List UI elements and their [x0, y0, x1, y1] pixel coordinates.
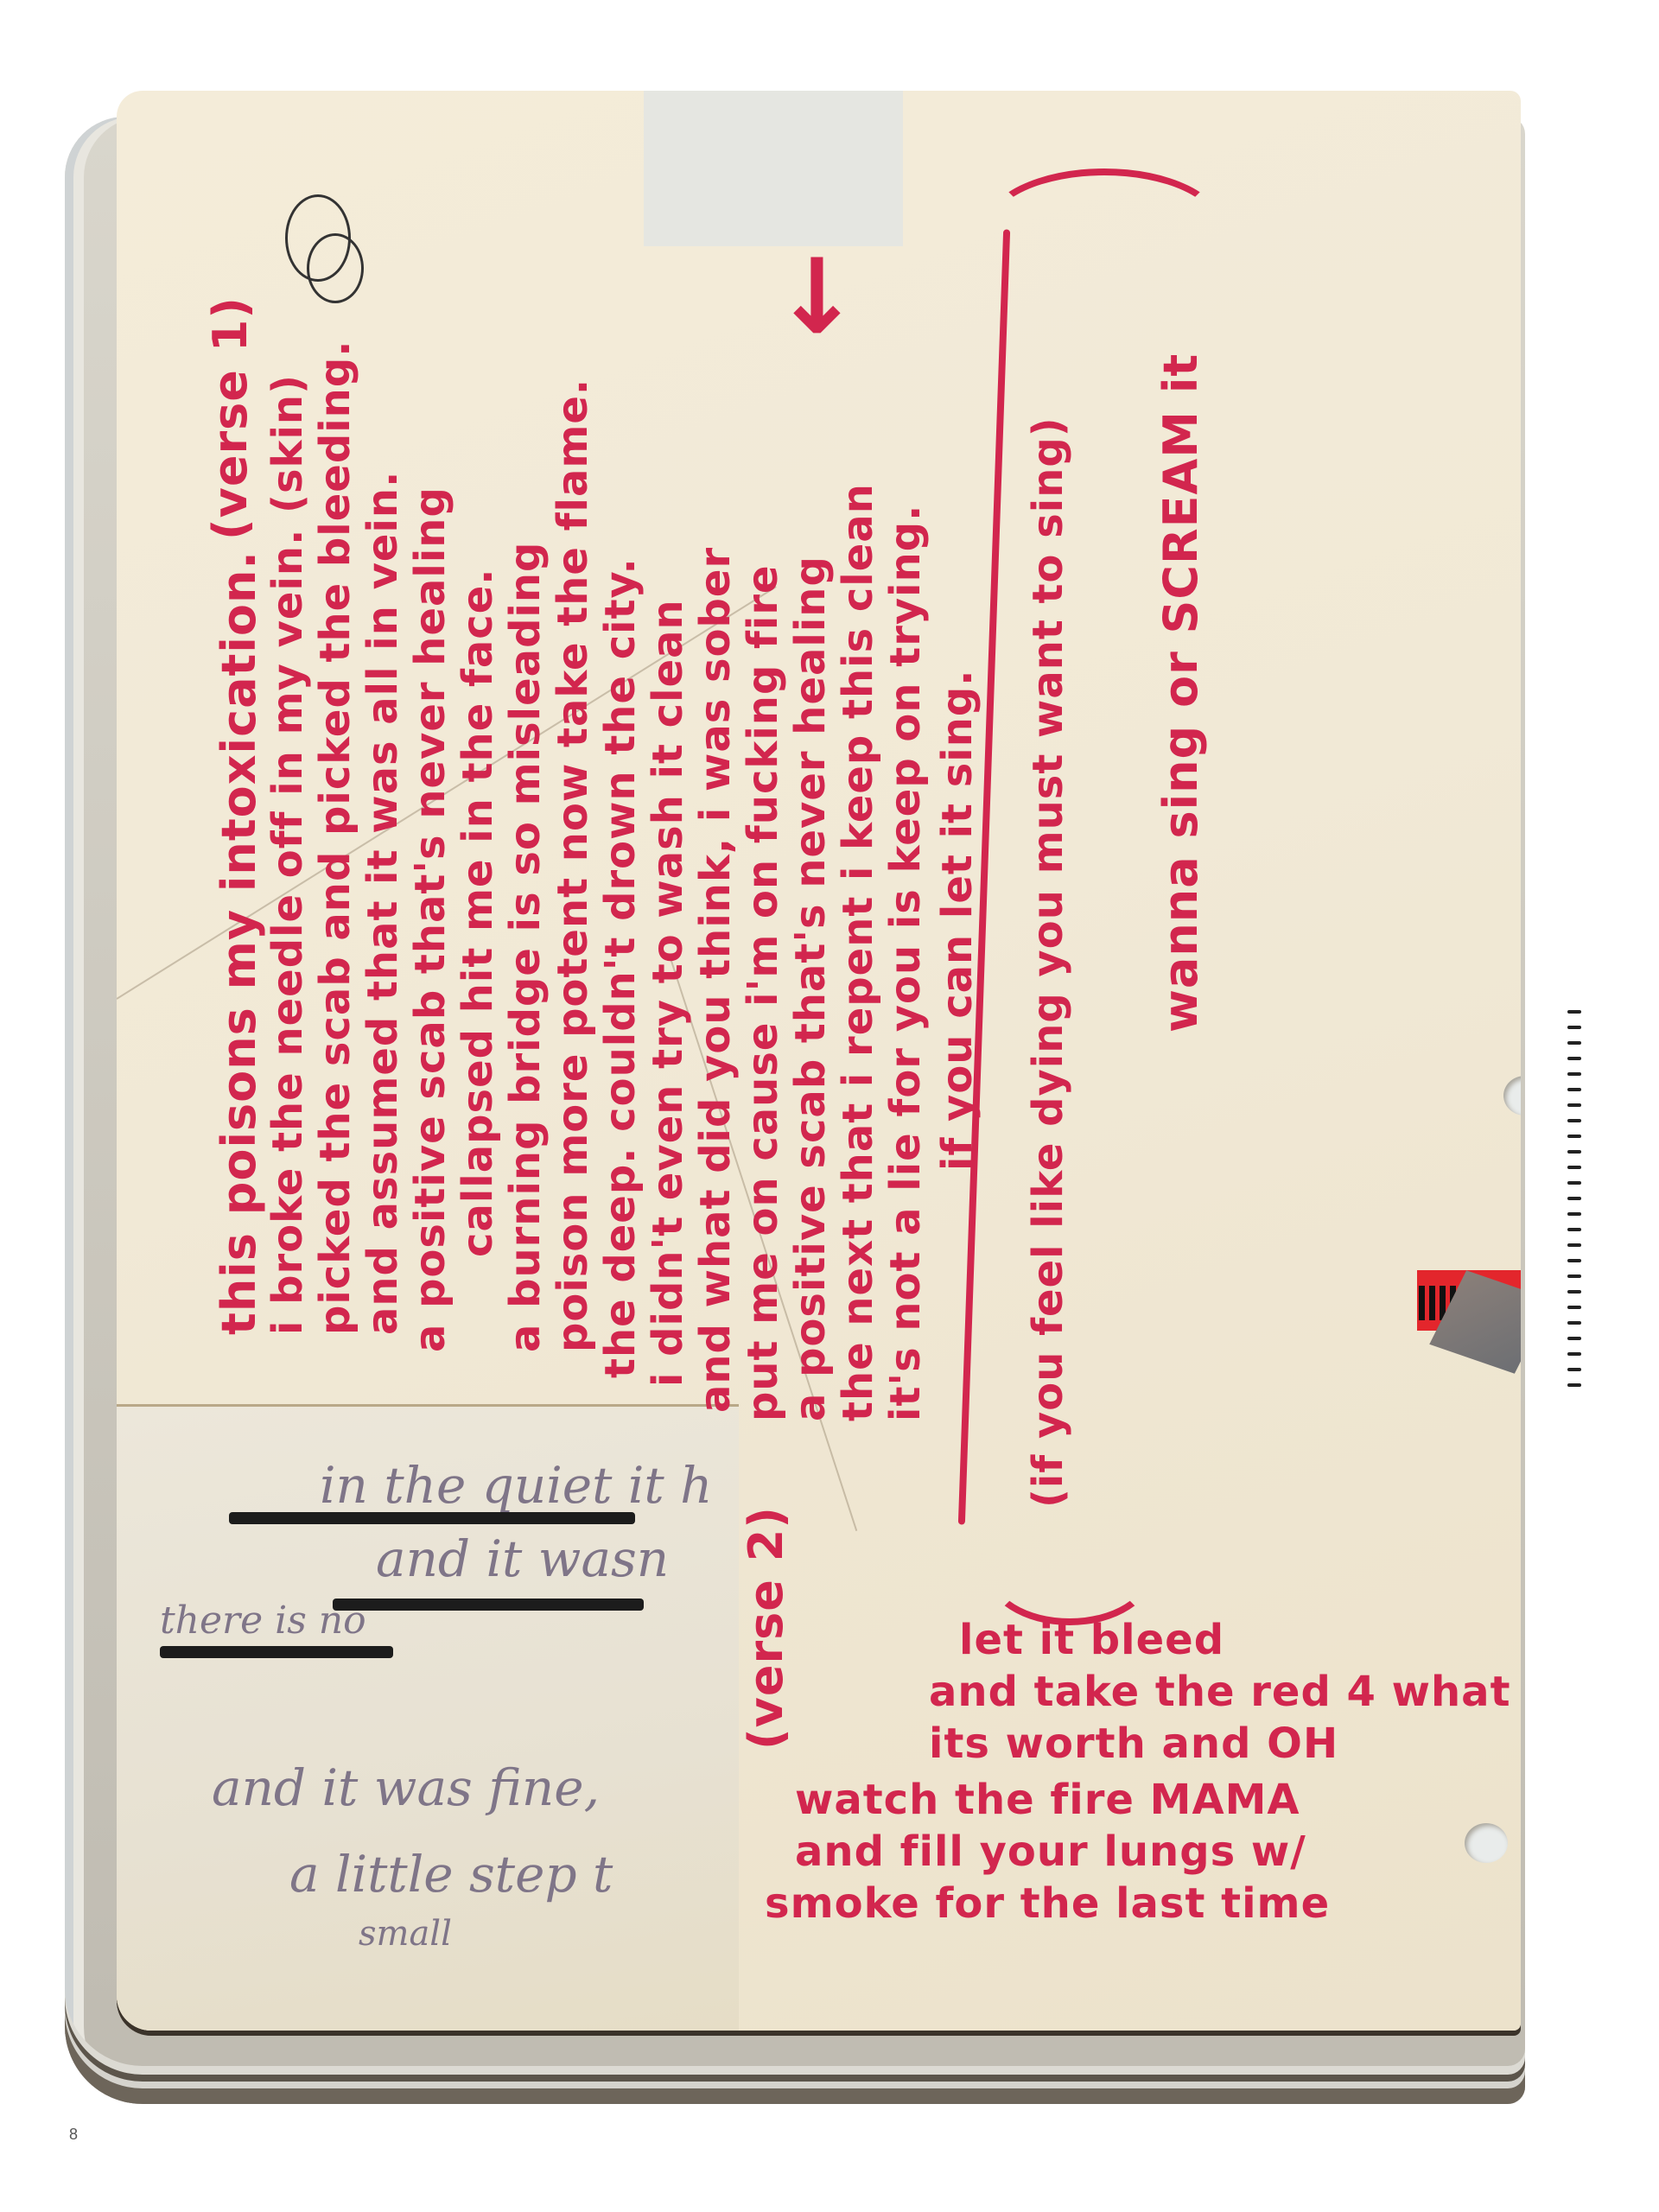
verse-label: (verse 1) — [203, 296, 257, 540]
chorus-line: and take the red 4 what — [929, 1668, 1511, 1716]
chorus-line: and fill your lungs w/ — [795, 1827, 1306, 1876]
chorus-line: its worth and OH — [929, 1719, 1338, 1768]
lyric-line-scream: wanna sing or SCREAM it — [1154, 353, 1208, 1033]
torn-paper-top — [644, 91, 903, 246]
pencil-line: and it wasn — [376, 1529, 669, 1588]
lyric-line-bracketed: (if you feel like dying you must want to… — [1024, 416, 1072, 1508]
bracket-bottom — [985, 1516, 1154, 1625]
lyric-line: i broke the needle off in my vein. (skin… — [264, 374, 312, 1335]
lyric-line: the next that i repent i keep this clean — [834, 483, 882, 1421]
lyric-line: picked the scab and picked the bleeding. — [311, 340, 359, 1335]
lyric-line: a positive scab that's never healing — [406, 486, 454, 1352]
spiral-perforation — [1562, 998, 1581, 1399]
pencil-correction: small — [359, 1914, 452, 1954]
pencil-struck-word: little — [333, 1849, 414, 1889]
pencil-line: and it was fine, — [212, 1758, 600, 1817]
page-number: 8 — [69, 2126, 78, 2144]
binder-hole — [1503, 1076, 1521, 1116]
tape-fragment — [1417, 1270, 1521, 1365]
chorus-line: let it bleed — [959, 1616, 1224, 1664]
lyric-line: poison more potent now take the flame. — [549, 378, 597, 1352]
chorus-line: watch the fire MAMA — [795, 1776, 1300, 1824]
lyric-line: a positive scab that's never healing — [786, 556, 835, 1421]
pencil-circle-doodle — [307, 233, 364, 303]
lyric-line: callapsed hit me in the face. — [454, 569, 502, 1258]
notebook-page: this poisons my intoxication. (verse 1) … — [117, 91, 1521, 2031]
bracket-top — [985, 168, 1224, 286]
notebook: this poisons my intoxication. (verse 1) … — [65, 91, 1573, 2104]
down-arrow-icon: ↓ — [773, 238, 861, 358]
black-marker-strike — [333, 1599, 644, 1611]
lyric-line: i didn't even try to wash it clean — [644, 599, 692, 1387]
lyric-line: this poisons my intoxication. — [212, 550, 266, 1335]
pencil-line: in the quiet it h — [320, 1456, 713, 1515]
binder-hole — [1465, 1823, 1508, 1863]
lyric-line: the deep. couldn't drown the city. — [596, 557, 645, 1378]
pencil-line: there is no — [160, 1599, 366, 1643]
lyric-line: it's not a lie for you is keep on trying… — [881, 505, 930, 1421]
lyric-line: put me on cause i'm on fucking fire — [739, 564, 787, 1421]
verse-2-label: (verse 2) — [739, 1506, 793, 1750]
lyric-line: a burning bridge is so misleading — [501, 542, 550, 1352]
lyric-line: and assumed that it was all in vein. — [359, 471, 407, 1335]
black-marker-strike — [160, 1646, 393, 1658]
chorus-line: smoke for the last time — [765, 1879, 1330, 1928]
black-marker-strike — [229, 1512, 635, 1524]
lyric-line: and what did you think, i was sober — [691, 547, 740, 1413]
